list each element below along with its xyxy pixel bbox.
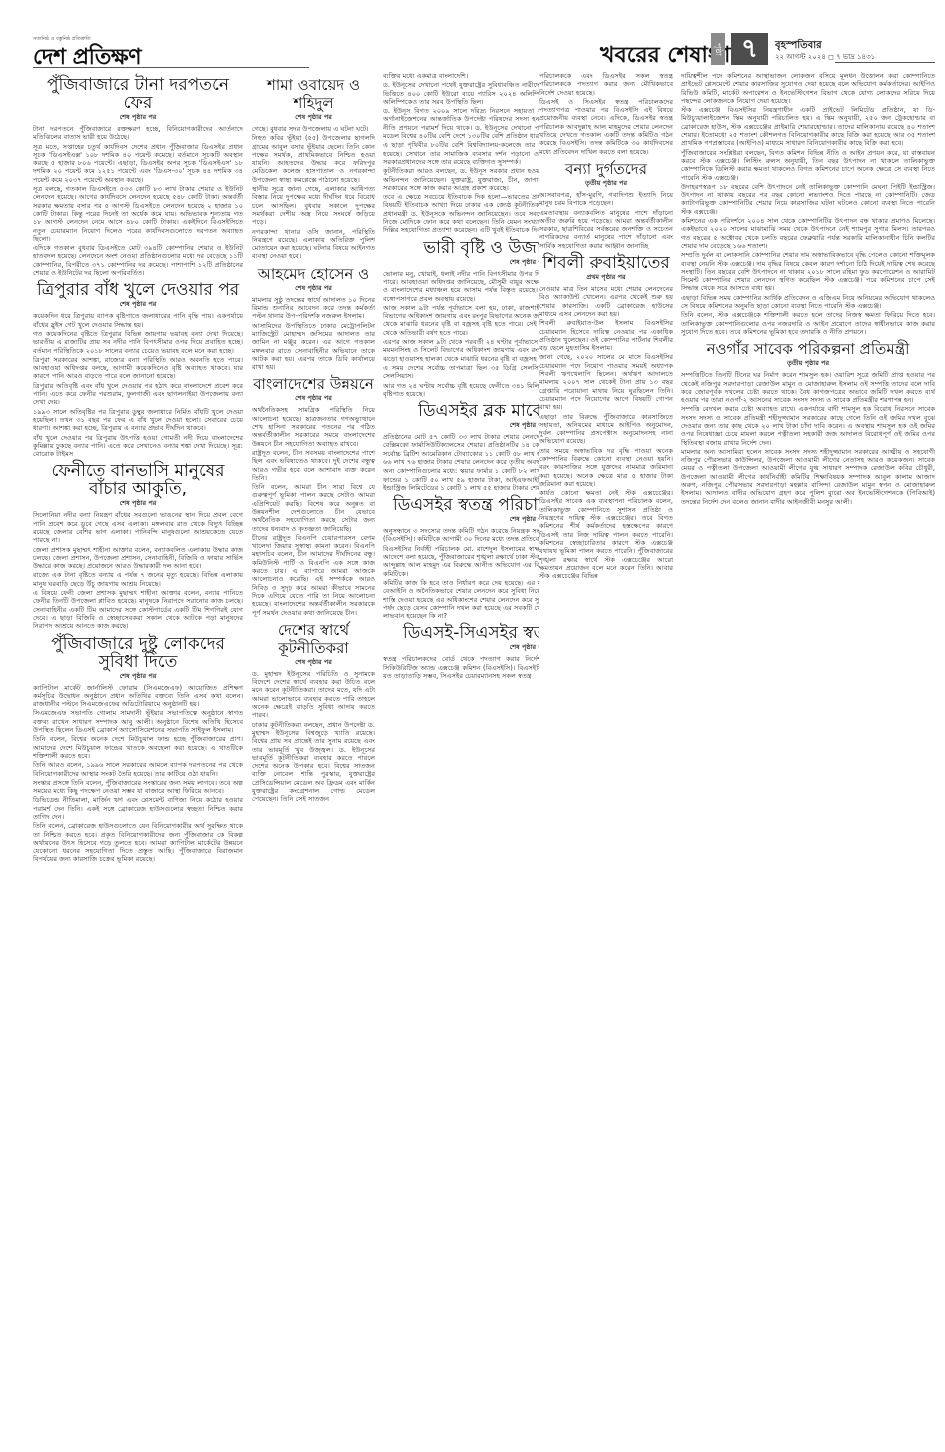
continued-label: শেষ পৃষ্ঠার পর [252,283,375,294]
headline[interactable]: ফেনীতে বানভাসি মানুষের বাঁচার আকুতি, [33,462,243,498]
article-feni-flood: ফেনীতে বানভাসি মানুষের বাঁচার আকুতি, শেষ… [33,462,243,630]
article-body: সম্পত্তিটিতে তিনটি টিনের ঘর নির্মাণ করেন… [681,371,935,506]
paragraph: কয়েকদিন ধরে ত্রিপুরায় ব্যাপক বৃষ্টিপাত… [33,312,243,329]
continued-label: শেষ পৃষ্ঠার পর [33,299,243,310]
paragraph: নেওয়ার মাত্র তিন মাসের মধ্যে শেয়ার লেন… [539,285,673,318]
column-1: পুঁজিবাজারে টানা দরপতনে ফের শেষ পৃষ্ঠার … [33,72,243,1442]
paragraph: আসামিদের উপস্থিতিতে ঢাকার মেট্রোপলিটন ম্… [252,322,375,372]
paragraph: এছাড়া বিভিন্ন সময় কোম্পানির আর্থিক প্র… [681,294,935,311]
paragraph: সংস্কার প্রসঙ্গে তিনি বলেন, পুঁজিবাজারের… [33,779,243,796]
continued-label: শেষ পৃষ্ঠার পর [33,112,243,123]
continued-label: তৃতীয় পৃষ্ঠার পর [681,358,935,369]
column-2: শামা ওবায়েদ ও শহিদুল শেষ পৃষ্ঠার পর গেছ… [252,72,375,1442]
article-shibli-col5: দায়িত্বশীল পদে কমিশনের আস্থাভাজন লোকজন … [681,72,935,336]
paragraph: তিনি বলেন, বিশ্বের অনেক দেশে মিউচুয়াল ফ… [33,735,243,760]
paragraph: জানা গেছে, ২০২০ সালের মে মাসে বিএসইসির চ… [539,353,673,411]
paragraph: তিনি বলেন, আমরা চীন সারা বিশ্বে যে গুরুত… [252,483,375,533]
article-body: টানা দরপতনে পুঁজিবাজারে রক্তক্ষরণ হচ্ছে,… [33,125,243,277]
paragraph: ঢাকার কূটনীতিকরা বলছেন, প্রধান উপদেষ্টা … [252,721,375,804]
article-body: দায়িত্বশীল পদে কমিশনের আস্থাভাজন লোকজন … [681,72,935,336]
headline[interactable]: ত্রিপুরার বাঁধ খুলে দেওয়ার পর [33,281,243,299]
paragraph: নিহত কবির ভূঁইয়া (৫৫) উপজেলার ছাগলদি গ্… [252,134,375,184]
paragraph: সম্প্রতি দুর্বল বা লোকসানি কোম্পানির শেয… [681,251,935,292]
paragraph: ১৯৯৩ সালে অতিবৃষ্টির পর ত্রিপুরার ডুম্বু… [33,408,243,433]
paragraph: ত্রিপুরার অতিবৃষ্টি এবং বাঁধ খুলে দেওয়া… [33,382,243,407]
paragraph: সম্পত্তিটিতে তিনটি টিনের ঘর নির্মাণ করেন… [681,371,935,404]
masthead-rule-left [33,67,309,68]
paragraph: উদাহরণস্বরূপ ১৮ বছরের বেশি উৎপাদনে নেই ত… [681,183,935,216]
paragraph: পুঁজিবাজারের সংশ্লিষ্টরা বলছেন, বিগত কমি… [681,149,935,182]
headline[interactable]: আহমেদ হোসেন ও [252,265,375,283]
article-naogaon: নওগাঁর সাবেক পরিকল্পনা প্রতিমন্ত্রী তৃতী… [681,340,935,506]
paragraph: শিবলী রুবাইয়াত-উল ইসলাম বিএসইসির চেয়ার… [539,319,673,352]
masthead-rule-right [835,62,935,63]
page-number: ৭ [731,33,768,65]
continued-label: শেষ পৃষ্ঠার পর [252,112,375,123]
article-ahmed-hossain: আহমেদ হোসেন ও শেষ পৃষ্ঠার পর মামলার সুষ্… [252,265,375,372]
paragraph: সিলোনিয়া নদীর বন্যা নিয়ন্ত্রণ বাঁধের স… [33,511,243,544]
continued-label: শেষ পৃষ্ঠার পর [252,657,375,668]
headline[interactable]: পুঁজিবাজারে টানা দরপতনে ফের [33,76,243,112]
headline[interactable]: বন্যা দুর্গতদের [539,160,673,178]
headline[interactable]: বাংলাদেশের উন্নয়নে [252,375,375,393]
masthead: সত্যনিষ্ঠ ও বস্তুনিষ্ঠ প্রতিশ্রুতি দেশ প… [0,0,945,68]
page-label: পৃষ্ঠা [711,33,725,65]
headline[interactable]: দেশের স্বার্থে কূটনীতিকরা [252,621,375,657]
article-body: নেওয়ার মাত্র তিন মাসের মধ্যে শেয়ার লেন… [539,285,673,580]
paragraph: এছাড়া তার বিরুদ্ধে পুঁজিবাজারে কারসাজিত… [539,413,673,446]
paragraph: সিএমজেএফ সভাপতি গোলাম সামদানী ভূঁইয়ার স… [33,709,243,734]
headline[interactable]: শামা ওবায়েদ ও শহিদুল [252,76,375,112]
headline[interactable]: পুঁজিবাজারে দুষ্টু লোকদের সুবিধা দিতে [33,635,243,671]
paragraph: পরিচালককে এবং ডিএসইর সকল স্বতন্ত্র পরিচা… [539,72,673,97]
article-flood-victims: বন্যা দুর্গতদের তৃতীয় পৃষ্ঠার পর আসবাবপ… [539,160,673,250]
article-stock-vicious: পুঁজিবাজারে দুষ্টু লোকদের সুবিধা দিতে শে… [33,635,243,864]
continued-label: শেষ পৃষ্ঠার পর [252,393,375,404]
paragraph: গেছে। বুধবার সদর উপজেলায় এ ঘটনা ঘটে। [252,125,375,133]
paragraph: এমতাবস্থায় বন্যাকবলিত মানুষের পাশে দাঁড… [539,209,673,250]
article-body: গেছে। বুধবার সদর উপজেলায় এ ঘটনা ঘটে। নি… [252,125,375,261]
article-body: সিলোনিয়া নদীর বন্যা নিয়ন্ত্রণ বাঁধের স… [33,511,243,630]
continued-label: শেষ পৃষ্ঠার পর [33,671,243,682]
continued-label: তৃতীয় পৃষ্ঠার পর [539,178,673,189]
article-stock-fall: পুঁজিবাজারে টানা দরপতনে ফের শেষ পৃষ্ঠার … [33,76,243,277]
continued-label: প্রথম পৃষ্ঠার পর [539,272,673,283]
paragraph: রাষ্ট্রদূত বলেন, চীন সবসময় বাংলাদেশের প… [252,449,375,482]
article-body: আসবাবপত্র, হাঁস-মুরগি, গবাদিপশু ইত্যাদি … [539,191,673,250]
paragraph: সূত্র মতে, সপ্তাহের চতুর্থ কার্যদিবস দেশ… [33,143,243,184]
article-body: ক্যাপিটাল মার্কেট জার্নালিস্ট ফোরাম (সিএ… [33,684,243,864]
article-body: ড. মুহাম্মদ ইউনূসের পরিচিতি ও সুনামকে বি… [252,670,375,804]
article-body: মামলার সুষ্ঠু তদন্তের স্বার্থে আদালত ১০ … [252,296,375,372]
paragraph: তিনি আরও বলেন, ১৯৯৬ সালে সরকারের আমলে ব্… [33,761,243,778]
paragraph: জেলা প্রশাসক মুছাম্মৎ শাহীনা আক্তার বলেন… [33,546,243,571]
paragraph: সম্পত্তি বেদখল করার চেষ্টা অব্যাহত রাখে।… [681,405,935,446]
article-diplomatic-interest: দেশের স্বার্থে কূটনীতিকরা শেষ পৃষ্ঠার পর… [252,621,375,804]
paragraph: তিনি বলেন, ব্রোকারেজ হাউসগুলোতে যেন বিনি… [33,822,243,863]
paragraph: তিনি বলেন, স্টক এক্সচেঞ্জকে শক্তিশালী কর… [681,311,935,336]
article-bd-development: বাংলাদেশের উন্নয়নে শেষ পৃষ্ঠার পর অর্থন… [252,375,375,616]
headline[interactable]: শিবলী রুবাইয়াতের [539,254,673,272]
paragraph: স্থানীয় সূত্রে জানা গেছে, এলাকার আধিপত্… [252,185,375,226]
paragraph: টানা দরপতনে পুঁজিবাজারে রক্তক্ষরণ হচ্ছে,… [33,125,243,142]
article-shibli: শিবলী রুবাইয়াতের প্রথম পৃষ্ঠার পর নেওয়… [539,254,673,580]
paragraph: রাজ্যে এক টানা বৃষ্টিতে বন্যায় এ পর্যন্… [33,571,243,588]
column-5: দায়িত্বশীল পদে কমিশনের আস্থাভাজন লোকজন … [681,72,935,1442]
paragraph: স্টক এক্সচেঞ্জ বিএসইসির নিয়ন্ত্রণাধীন এ… [681,106,935,147]
paragraph: মামলার সুষ্ঠু তদন্তের স্বার্থে আদালত ১০ … [252,296,375,321]
paragraph: ত্রিপুরা সরকারের আশঙ্কা, রাজ্যের বন্যা প… [33,356,243,381]
paragraph: ক্যাপিটাল মার্কেট জার্নালিস্ট ফোরাম (সিএ… [33,684,243,709]
paragraph: ড. মুহাম্মদ ইউনূসের পরিচিতি ও সুনামকে বি… [252,670,375,720]
paragraph: নগরকান্দা থানার ওসি জানান, পরিস্থিতি নিয… [252,228,375,261]
paragraph: এদিকে গতকাল বুধবার ডিএসইতে মোট ৩৯৪টি কোম… [33,244,243,277]
headline[interactable]: নওগাঁর সাবেক পরিকল্পনা প্রতিমন্ত্রী [681,340,935,358]
article-body: পরিচালককে এবং ডিএসইর সকল স্বতন্ত্র পরিচা… [539,72,673,156]
article-tripura-dam: ত্রিপুরার বাঁধ খুলে দেওয়ার পর শেষ পৃষ্ঠ… [33,281,243,458]
paragraph: ডিএসই ও সিএসইর স্বতন্ত্র পরিচালকদের পদত্… [539,98,673,156]
paragraph: মামলার অন্য আসামিরা হলেন সাবেক সংসদ সদস্… [681,448,935,506]
paragraph: গত কয়েকদিনের বৃষ্টিতে ত্রিপুরার বিভিন্ন… [33,330,243,355]
column-4: পরিচালককে এবং ডিএসইর সকল স্বতন্ত্র পরিচা… [539,72,673,1442]
paragraph: কমিশনের এক পরিদর্শনে ২০০৪ সাল থেকে কোম্প… [681,217,935,250]
paragraph: বাঁধ খুলে দেওয়ার পর ত্রিপুরায় উৎপত্তি … [33,434,243,459]
paragraph: সূত্র বলছে, গতকাল ডিএসইতে ৫৩৩ কোটি ৮৩ লা… [33,185,243,243]
paragraph: আসবাবপত্র, হাঁস-মুরগি, গবাদিপশু ইত্যাদি … [539,191,673,208]
paragraph: ডিভিডেন্ড নীতিমালা, মার্জিন ঋণ এবং প্লেস… [33,796,243,821]
article-body: অর্থনৈতিকসহ সামগ্রিক পরিস্থিতি নিয়ে আলো… [252,406,375,616]
paragraph: চীনের রাষ্ট্রদূত বিএনপি চেয়ারপারসন বেগম… [252,534,375,617]
paragraph: কার্যত কোনো ক্ষমতা নেই স্টক এক্সচেঞ্জের।… [539,489,673,580]
article-dse-cse-col4: পরিচালককে এবং ডিএসইর সকল স্বতন্ত্র পরিচা… [539,72,673,156]
article-body: কয়েকদিন ধরে ত্রিপুরায় ব্যাপক বৃষ্টিপাত… [33,312,243,458]
paragraph: দায়িত্বশীল পদে কমিশনের আস্থাভাজন লোকজন … [681,72,935,105]
paragraph: তার সময়ে অস্বাভাবিক দর বৃদ্ধি পাওয়া অন… [539,447,673,488]
continued-label: শেষ পৃষ্ঠার পর [33,498,243,509]
paragraph: এ বিষয়ে ফেনী জেলা প্রশাসক মুছাম্মৎ শাহী… [33,589,243,630]
paragraph: অর্থনৈতিকসহ সামগ্রিক পরিস্থিতি নিয়ে আলো… [252,406,375,447]
article-shama-obayed: শামা ওবায়েদ ও শহিদুল শেষ পৃষ্ঠার পর গেছ… [252,76,375,261]
